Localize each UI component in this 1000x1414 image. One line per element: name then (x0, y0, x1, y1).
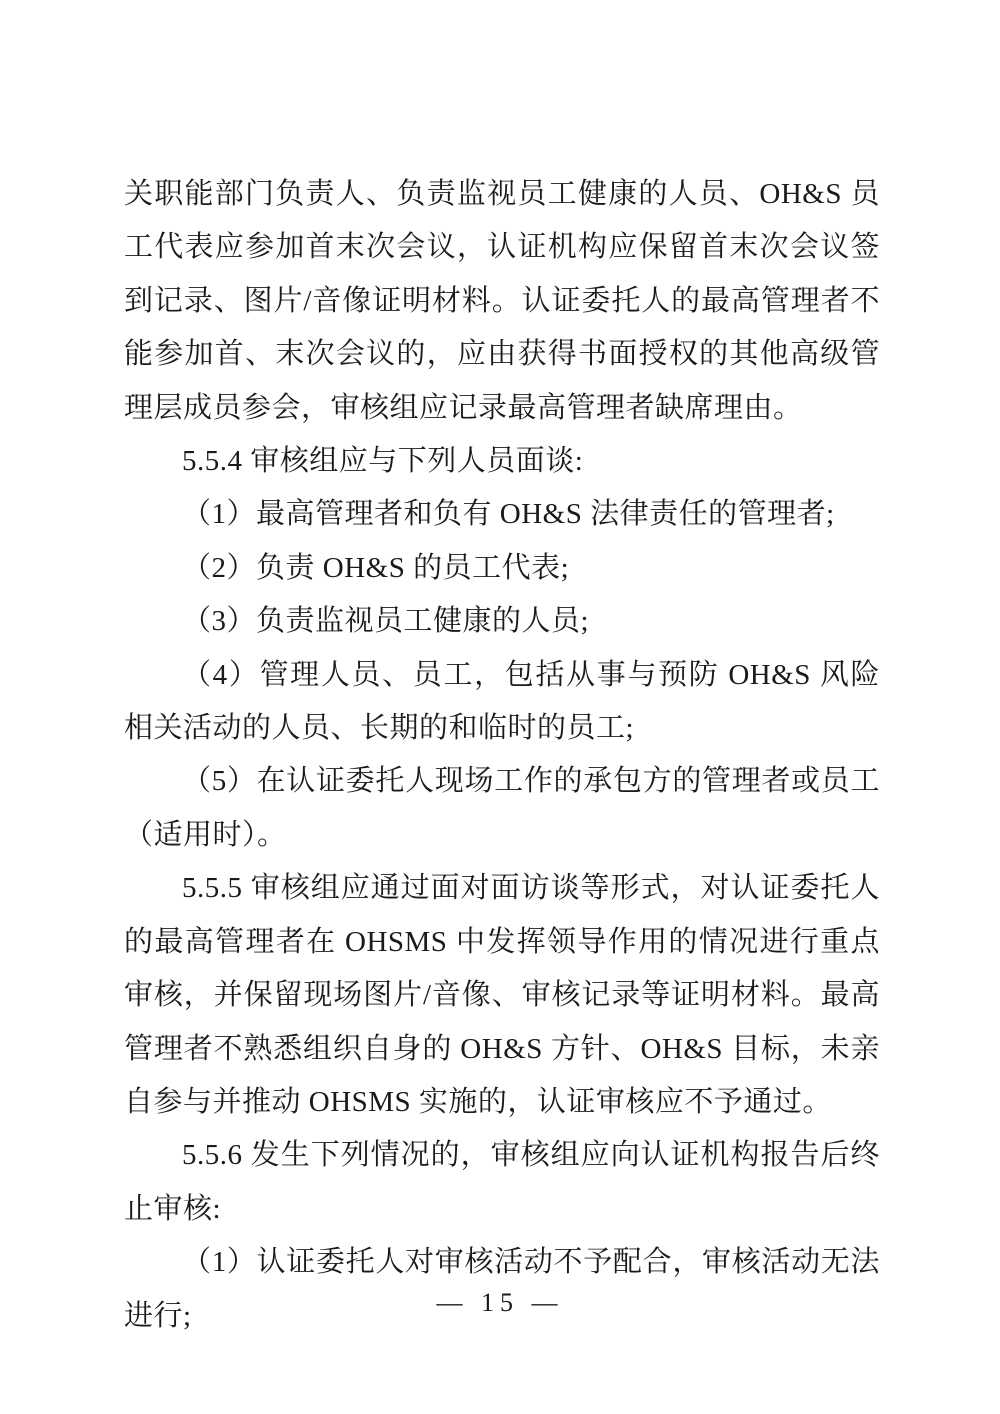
paragraph-continuation: 关职能部门负责人、负责监视员工健康的人员、OH&S 员工代表应参加首末次会议，认… (124, 168, 880, 435)
list-item-5-5-4-2: （2）负责 OH&S 的员工代表; (124, 542, 880, 595)
page-footer: — 15 — (0, 1288, 1000, 1318)
page-number: — 15 — (437, 1288, 564, 1317)
list-item-5-5-4-4: （4）管理人员、员工，包括从事与预防 OH&S 风险相关活动的人员、长期的和临时… (124, 649, 880, 756)
list-item-5-5-4-5: （5）在认证委托人现场工作的承包方的管理者或员工（适用时）。 (124, 755, 880, 862)
document-page: 关职能部门负责人、负责监视员工健康的人员、OH&S 员工代表应参加首末次会议，认… (0, 0, 1000, 1414)
list-item-5-5-4-3: （3）负责监视员工健康的人员; (124, 595, 880, 648)
section-5-5-4-heading: 5.5.4 审核组应与下列人员面谈: (124, 435, 880, 488)
section-5-5-6-paragraph: 5.5.6 发生下列情况的，审核组应向认证机构报告后终止审核: (124, 1129, 880, 1236)
list-item-5-5-4-1: （1）最高管理者和负有 OH&S 法律责任的管理者; (124, 488, 880, 541)
section-5-5-5-paragraph: 5.5.5 审核组应通过面对面访谈等形式，对认证委托人的最高管理者在 OHSMS… (124, 862, 880, 1129)
document-body: 关职能部门负责人、负责监视员工健康的人员、OH&S 员工代表应参加首末次会议，认… (124, 168, 880, 1343)
